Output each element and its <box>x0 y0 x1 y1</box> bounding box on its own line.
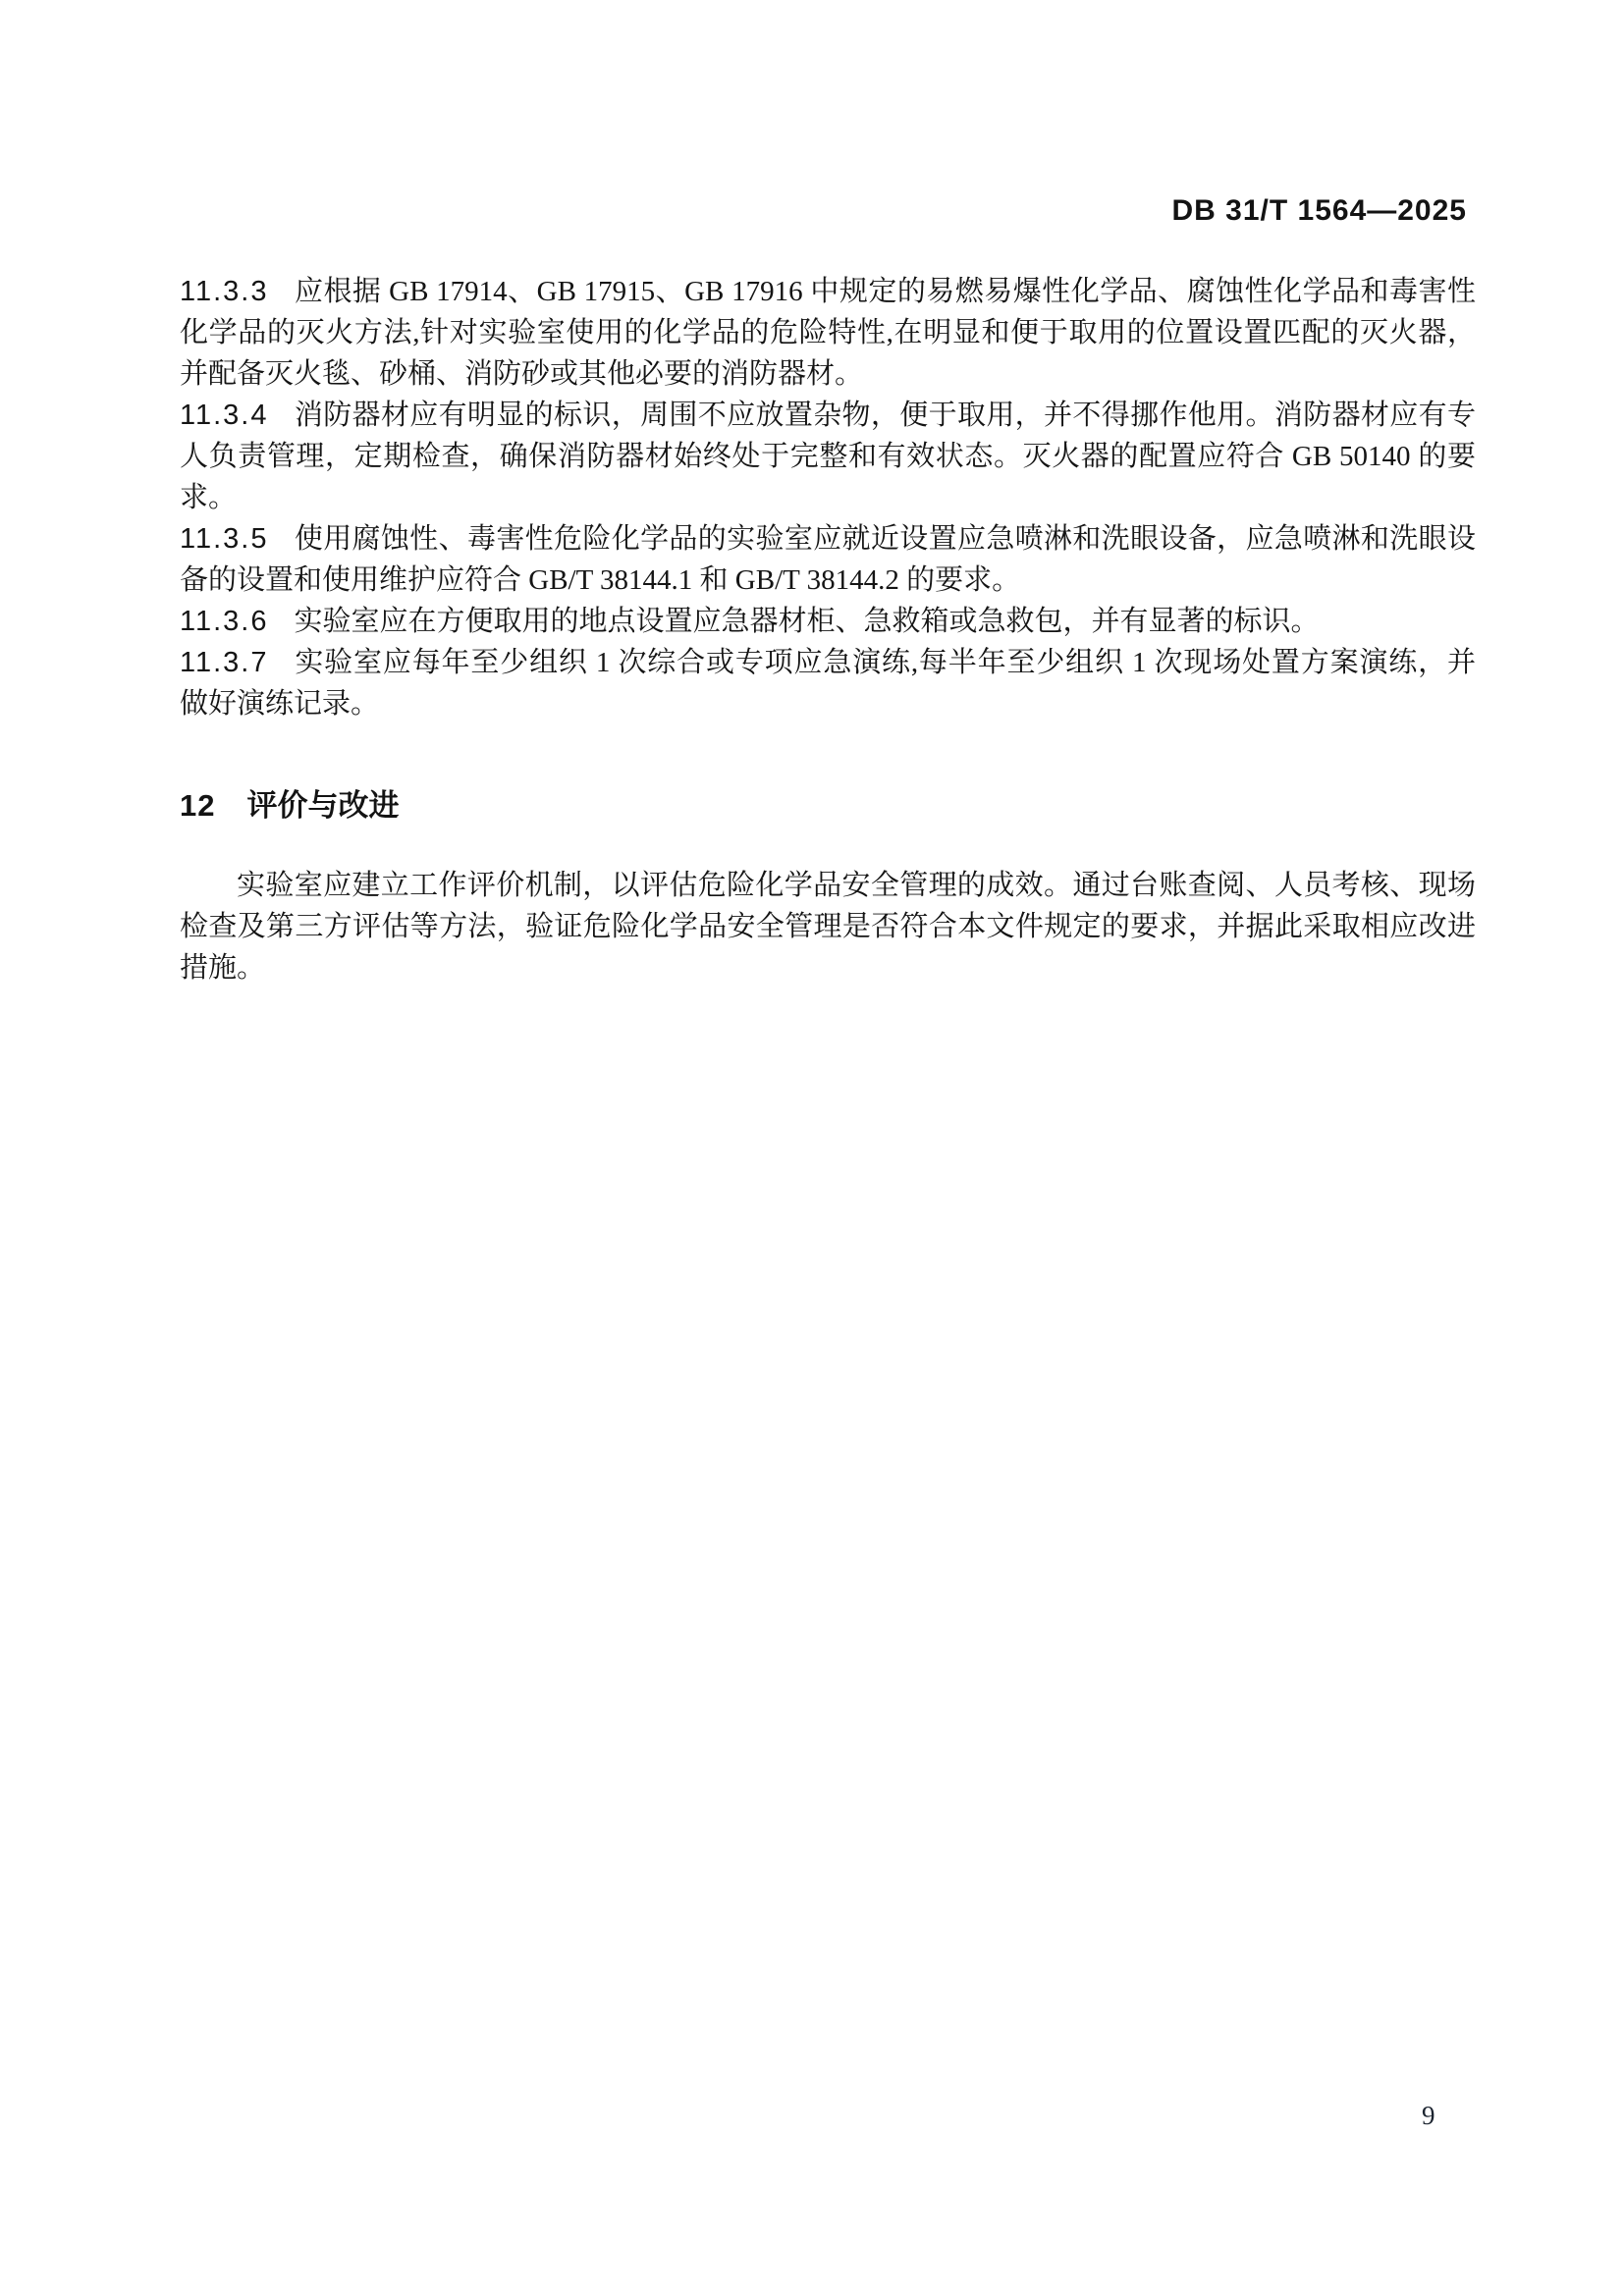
section-number: 12 <box>180 788 215 823</box>
clause-text: 实验室应在方便取用的地点设置应急器材柜、急救箱或急救包，并有显著的标识。 <box>294 606 1319 637</box>
clause-line: 化学品的灭火方法,针对实验室使用的化学品的危险特性,在明显和便于取用的位置设置匹… <box>180 312 1476 353</box>
clause-text: 应根据 GB 17914、GB 17915、GB 17916 中规定的易燃易爆性… <box>294 276 1476 307</box>
clause-text: 消防器材应有明显的标识，周围不应放置杂物，便于取用，并不得挪作他用。消防器材应有… <box>294 400 1476 431</box>
clause-number: 11.3.3 <box>180 276 268 307</box>
clause-line: 人负责管理，定期检查，确保消防器材始终处于完整和有效状态。灭火器的配置应符合 G… <box>180 436 1476 477</box>
clause-number: 11.3.6 <box>180 606 268 637</box>
clause-line: 11.3.6实验室应在方便取用的地点设置应急器材柜、急救箱或急救包，并有显著的标… <box>180 601 1476 642</box>
clause-line: 11.3.3应根据 GB 17914、GB 17915、GB 17916 中规定… <box>180 271 1476 312</box>
clause-line: 11.3.4消防器材应有明显的标识，周围不应放置杂物，便于取用，并不得挪作他用。… <box>180 395 1476 436</box>
clause-number: 11.3.4 <box>180 400 268 431</box>
document-page: DB 31/T 1564—2025 11.3.3应根据 GB 17914、GB … <box>0 0 1624 2296</box>
clauses-block: 11.3.3应根据 GB 17914、GB 17915、GB 17916 中规定… <box>180 271 1476 724</box>
clause-number: 11.3.5 <box>180 523 268 555</box>
clause-line: 求。 <box>180 477 1476 518</box>
section-title: 评价与改进 <box>246 788 399 823</box>
clause-line: 并配备灭火毯、砂桶、消防砂或其他必要的消防器材。 <box>180 353 1476 395</box>
clause-line: 备的设置和使用维护应符合 GB/T 38144.1 和 GB/T 38144.2… <box>180 560 1476 601</box>
clause-line: 11.3.5使用腐蚀性、毒害性危险化学品的实验室应就近设置应急喷淋和洗眼设备，应… <box>180 518 1476 560</box>
paragraph-line: 措施。 <box>180 947 1476 988</box>
clause-text: 使用腐蚀性、毒害性危险化学品的实验室应就近设置应急喷淋和洗眼设备，应急喷淋和洗眼… <box>294 523 1476 555</box>
paragraph-line: 实验室应建立工作评价机制，以评估危险化学品安全管理的成效。通过台账查阅、人员考核… <box>180 865 1476 906</box>
page-number: 9 <box>1422 2101 1435 2131</box>
paragraph-line: 检查及第三方评估等方法，验证危险化学品安全管理是否符合本文件规定的要求，并据此采… <box>180 906 1476 947</box>
clause-number: 11.3.7 <box>180 647 268 678</box>
clause-line: 11.3.7实验室应每年至少组织 1 次综合或专项应急演练,每半年至少组织 1 … <box>180 642 1476 683</box>
clause-text: 实验室应每年至少组织 1 次综合或专项应急演练,每半年至少组织 1 次现场处置方… <box>294 647 1476 678</box>
section-paragraph: 实验室应建立工作评价机制，以评估危险化学品安全管理的成效。通过台账查阅、人员考核… <box>180 865 1476 988</box>
section-heading: 12评价与改进 <box>180 780 399 825</box>
clause-line: 做好演练记录。 <box>180 683 1476 724</box>
standard-number-header: DB 31/T 1564—2025 <box>1171 194 1467 228</box>
